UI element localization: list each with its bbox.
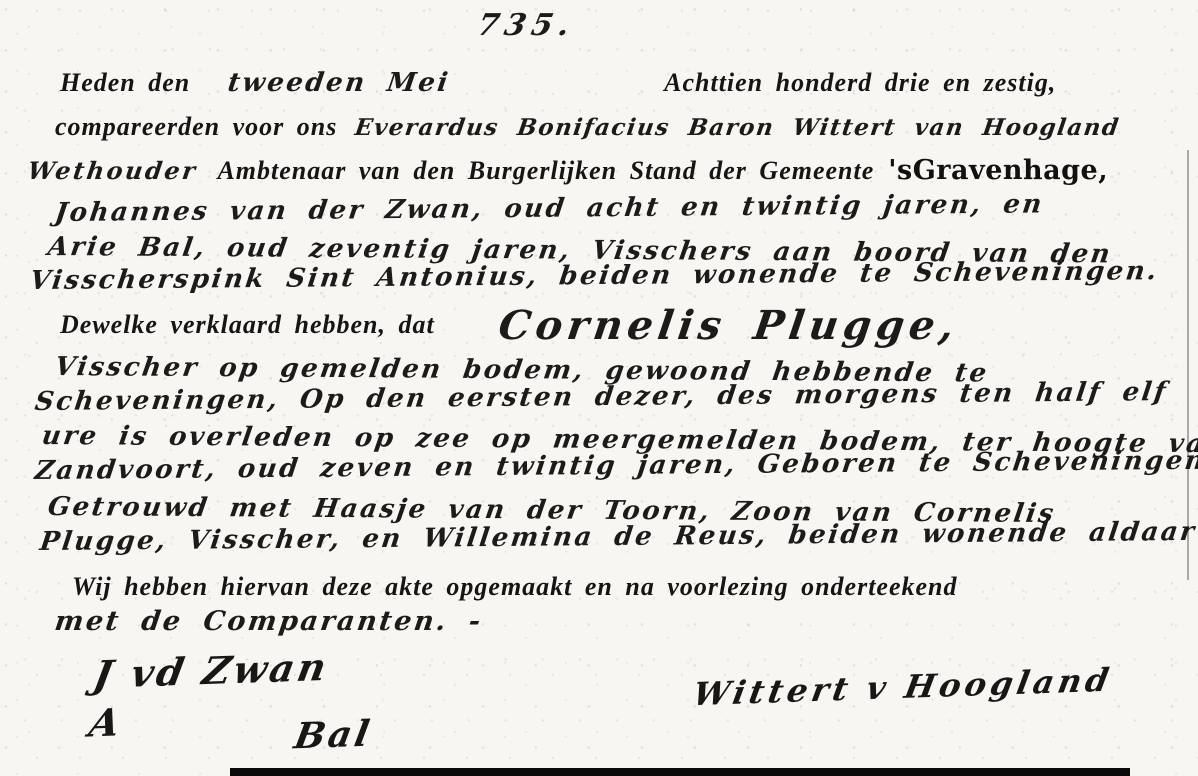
printed-text: Wij hebben hiervan deze akte opgemaakt e… — [72, 572, 958, 601]
death-record-document: 735. Heden den tweeden Mei Achttien hond… — [0, 0, 1198, 776]
record-line-date: Heden den tweeden Mei Achttien honderd d… — [60, 68, 1056, 98]
signature-text: Bal — [291, 713, 375, 758]
handwritten-title: Wethouder — [26, 156, 200, 185]
record-line-declaration: Dewelke verklaard hebben, dat Cornelis P… — [60, 302, 958, 349]
printed-text: Ambtenaar van den Burgerlijken Stand der… — [217, 156, 874, 185]
scan-bottom-band — [230, 768, 1130, 776]
act-number-text: 735. — [474, 8, 579, 43]
record-line-comparanten: met de Comparanten. - — [55, 606, 483, 637]
handwritten-text: met de Comparanten. - — [53, 606, 485, 637]
signature-text: Wittert v Hoogland — [690, 661, 1115, 713]
signature-witness-2-initial: A — [90, 700, 122, 745]
signature-registrar: Wittert v Hoogland — [695, 668, 1111, 706]
record-line-office: Wethouder Ambtenaar van den Burgerlijken… — [28, 155, 1108, 186]
signature-text: J vd Zwan — [90, 644, 332, 697]
scan-page-edge — [1187, 150, 1189, 580]
record-line-body-2: Scheveningen, Op den eersten dezer, des … — [35, 377, 1168, 417]
printed-text: Dewelke verklaard hebben, dat — [60, 310, 435, 339]
record-line-closing: Wij hebben hiervan deze akte opgemaakt e… — [72, 572, 958, 602]
handwritten-deceased-name: Cornelis Plugge, — [495, 302, 961, 349]
handwritten-text: Scheveningen, Op den eersten dezer, des … — [33, 377, 1170, 417]
act-number: 735. — [478, 8, 575, 43]
record-line-witness-1: Johannes van der Zwan, oud acht en twint… — [55, 189, 1044, 228]
printed-year: Achttien honderd drie en zestig, — [664, 68, 1056, 97]
handwritten-date: tweeden Mei — [226, 68, 452, 98]
printed-text: Heden den — [60, 68, 190, 97]
signature-witness-2-surname: Bal — [295, 714, 371, 756]
handwritten-text: Johannes van der Zwan, oud acht en twint… — [53, 189, 1046, 228]
record-line-registrar: compareerden voor ons Everardus Bonifaci… — [55, 112, 1120, 142]
printed-text: compareerden voor ons — [55, 112, 337, 141]
signature-text: A — [86, 699, 127, 745]
signature-witness-1: J vd Zwan — [95, 648, 328, 693]
handwritten-registrar-name: Everardus Bonifacius Baron Wittert van H… — [353, 114, 1121, 141]
blackletter-gemeente: 'sGravenhage, — [888, 155, 1108, 186]
